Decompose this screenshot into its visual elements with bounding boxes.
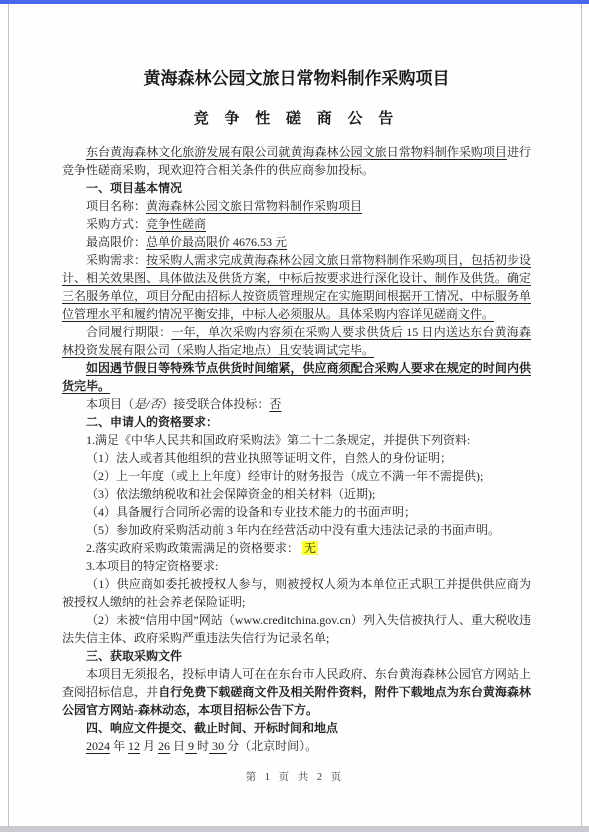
text-run: 总单价最高限价 4676.53 元: [146, 235, 287, 249]
paragraph: （5）参加政府采购活动前 3 年内在经营活动中没有重大违法记录的书面声明。: [62, 521, 531, 539]
paragraph: （4）具备履行合同所必需的设备和专业技术能力的书面声明；: [62, 503, 531, 521]
paragraph: （3）依法缴纳税收和社会保障资金的相关材料（近期);: [62, 485, 531, 503]
text-run: 时: [197, 739, 209, 753]
paragraph: （1）供应商如委托被授权人参与，则被授权人须为本单位正式职工并提供供应商为被授权…: [62, 575, 531, 611]
text-run: （1）供应商如委托被授权人参与，则被授权人须为本单位正式职工并提供供应商为被授权…: [62, 577, 531, 609]
page-number-footer: 第 1 页 共 2 页: [9, 769, 581, 784]
paragraph: 项目名称：黄海森林公园文旅日常物料制作采购项目: [62, 197, 531, 215]
text-run: （3）依法缴纳税收和社会保障资金的相关材料（近期);: [86, 487, 375, 501]
paragraph: 2024 年 12 月 26 日 9 时 30 分（北京时间）。: [62, 737, 531, 755]
text-run: 一、项目基本情况: [86, 181, 182, 195]
text-run: 12: [128, 739, 140, 753]
text-run: 如因遇节假日等特殊节点供货时间缩紧，供应商须配合采购人要求在规定的时间内供货完毕…: [62, 361, 531, 393]
highlighted-text: 无: [302, 541, 318, 555]
paragraph: （2）未被“信用中国”网站（www.creditchina.gov.cn）列入失…: [62, 611, 531, 647]
text-run: 采购方式：: [86, 217, 146, 231]
text-run: 1.满足《中华人民共和国政府采购法》第二十二条规定，并提供下列资料:: [86, 433, 470, 447]
paragraph: 3.本项目的特定资格要求:: [62, 557, 531, 575]
text-run: 否: [269, 397, 281, 411]
text-run: 分（北京时间）。: [227, 739, 317, 753]
text-run: （5）参加政府采购活动前 3 年内在经营活动中没有重大违法记录的书面声明。: [86, 523, 500, 537]
text-run: 30: [209, 739, 227, 753]
paragraph: 本项目（是/否）接受联合体投标：否: [62, 395, 531, 413]
paragraph: 三、获取采购文件: [62, 647, 531, 665]
paragraph: 2.落实政府采购政策需满足的资格要求： 无: [62, 539, 531, 557]
text-run: 三、获取采购文件: [86, 649, 182, 663]
text-run: （2）未被“信用中国”网站（www.creditchina.gov.cn）列入失…: [62, 613, 531, 645]
paragraph: 采购方式：竞争性磋商: [62, 215, 531, 233]
paragraph: 一、项目基本情况: [62, 179, 531, 197]
paragraph: 二、申请人的资格要求：: [62, 413, 531, 431]
text-run: 项目名称：: [86, 199, 146, 213]
text-run: 竞争性磋商: [146, 217, 206, 231]
text-run: （4）具备履行合同所必需的设备和专业技术能力的书面声明；: [86, 505, 416, 519]
text-run: （1）法人或者其他组织的营业执照等证明文件，自然人的身份证明；: [86, 451, 452, 465]
text-run: ）接受联合体投标：: [161, 397, 269, 411]
text-run: 2.落实政府采购政策需满足的资格要求：: [86, 541, 302, 555]
text-run: 黄海森林公园文旅日常物料制作采购项目: [146, 199, 362, 213]
text-run: 最高限价：: [86, 235, 146, 249]
text-run: 二、申请人的资格要求：: [86, 415, 218, 429]
document-subtitle: 竞 争 性 磋 商 公 告: [62, 107, 531, 128]
text-run: 东台黄海森林文化旅游发展有限公司就黄海森林公园文旅日常物料制作采购项目: [86, 145, 507, 159]
text-run: 3.本项目的特定资格要求:: [86, 559, 218, 573]
text-run: 2024: [86, 739, 110, 753]
text-run: 日: [170, 739, 185, 753]
document-content: 黄海森林公园文旅日常物料制作采购项目 竞 争 性 磋 商 公 告 东台黄海森林文…: [9, 4, 581, 755]
paragraph: 采购需求：按采购人需求完成黄海森林公园文旅日常物料制作采购项目，包括初步设计、相…: [62, 251, 531, 323]
paragraph: 东台黄海森林文化旅游发展有限公司就黄海森林公园文旅日常物料制作采购项目进行竞争性…: [62, 143, 531, 179]
paragraph: 合同履行期限：一年，单次采购内容须在采购人要求供货后 15 日内送达东台黄海森林…: [62, 323, 531, 359]
paragraph: 四、响应文件提交、截止时间、开标时间和地点: [62, 719, 531, 737]
text-run: 是/否: [134, 397, 161, 411]
paragraph: 最高限价：总单价最高限价 4676.53 元: [62, 233, 531, 251]
text-run: 合同履行期限：: [86, 325, 171, 339]
paragraph: 如因遇节假日等特殊节点供货时间缩紧，供应商须配合采购人要求在规定的时间内供货完毕…: [62, 359, 531, 395]
text-run: 9: [185, 739, 197, 753]
text-run: 26: [158, 739, 170, 753]
paragraph: （1）法人或者其他组织的营业执照等证明文件，自然人的身份证明；: [62, 449, 531, 467]
document-page: 黄海森林公园文旅日常物料制作采购项目 竞 争 性 磋 商 公 告 东台黄海森林文…: [8, 4, 582, 826]
text-run: 四、响应文件提交、截止时间、开标时间和地点: [86, 721, 338, 735]
text-run: 采购需求：: [86, 253, 146, 267]
text-run: 月: [140, 739, 158, 753]
text-run: 本项目（: [86, 397, 134, 411]
paragraph: （2）上一年度（或上上年度）经审计的财务报告（成立不满一年不需提供);: [62, 467, 531, 485]
document-body: 东台黄海森林文化旅游发展有限公司就黄海森林公园文旅日常物料制作采购项目进行竞争性…: [62, 143, 531, 755]
paragraph: 1.满足《中华人民共和国政府采购法》第二十二条规定，并提供下列资料:: [62, 431, 531, 449]
text-run: （2）上一年度（或上上年度）经审计的财务报告（成立不满一年不需提供);: [86, 469, 483, 483]
window-bottom-edge: [0, 826, 589, 832]
document-title: 黄海森林公园文旅日常物料制作采购项目: [62, 68, 531, 90]
text-run: 年: [110, 739, 128, 753]
paragraph: 本项目无须报名，投标申请人可在在东台市人民政府、东台黄海森林公园官方网站上查阅招…: [62, 665, 531, 719]
